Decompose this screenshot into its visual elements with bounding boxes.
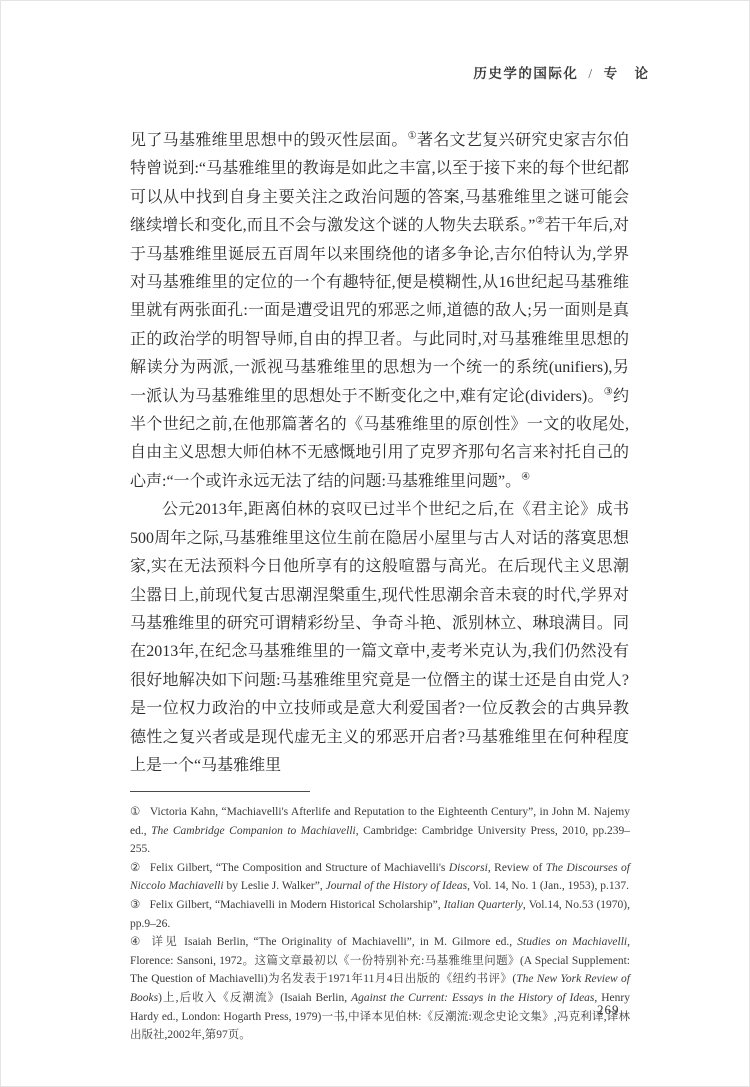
footnote-ref: ④	[521, 472, 530, 483]
footnote-text: )上,后收入《反潮流》(Isaiah Berlin,	[158, 992, 351, 1004]
footnotes-block: ①Victoria Kahn, “Machiavelli's Afterlife…	[130, 791, 630, 1045]
footnote-text: Journal of the History of Ideas	[326, 880, 468, 892]
footnote-text: by Leslie J. Walker”,	[224, 880, 326, 892]
footnote-text: Felix Gilbert, “The Composition and Stru…	[150, 862, 449, 874]
footnote-item: ①Victoria Kahn, “Machiavelli's Afterlife…	[130, 803, 630, 859]
text-run: 若干年后,对于马基雅维里诞辰五百周年以来围绕他的诸多争论,吉尔伯特认为,学界对马…	[130, 217, 629, 404]
footnote-ref: ③	[604, 386, 613, 397]
header-separator: /	[588, 66, 593, 81]
header-section: 专 论	[604, 66, 655, 81]
page-header: 历史学的国际化/专 论	[473, 62, 655, 82]
footnotes-divider	[130, 791, 310, 792]
footnote-text: Italian Quarterly	[444, 899, 523, 911]
footnote-text: The Cambridge Companion to Machiavelli	[151, 825, 356, 837]
page-number: 269	[597, 1002, 620, 1018]
body-paragraph: 见了马基雅维里思想中的毁灭性层面。①著名文艺复兴研究史家吉尔伯特曾说到:“马基雅…	[130, 127, 629, 496]
footnote-text: Against the Current: Essays in the Histo…	[351, 992, 594, 1004]
body-paragraph: 公元2013年,距离伯林的哀叹已过半个世纪之后,在《君主论》成书500周年之际,…	[130, 496, 629, 780]
text-run: 公元2013年,距离伯林的哀叹已过半个世纪之后,在《君主论》成书500周年之际,…	[130, 501, 629, 774]
footnote-text: Felix Gilbert, “Machiavelli in Modern Hi…	[150, 899, 444, 911]
footnote-list: ①Victoria Kahn, “Machiavelli's Afterlife…	[130, 803, 630, 1045]
footnote-marker: ④	[130, 936, 143, 948]
text-run: 见了马基雅维里思想中的毁灭性层面。	[130, 132, 408, 149]
footnote-item: ④详见 Isaiah Berlin, “The Originality of M…	[130, 933, 630, 1045]
footnote-item: ②Felix Gilbert, “The Composition and Str…	[130, 859, 630, 896]
body-text: 见了马基雅维里思想中的毁灭性层面。①著名文艺复兴研究史家吉尔伯特曾说到:“马基雅…	[130, 127, 629, 780]
footnote-text: Discorsi	[449, 862, 488, 874]
footnote-text: 详见 Isaiah Berlin, “The Originality of Ma…	[152, 936, 518, 948]
footnote-text: , Vol. 14, No. 1 (Jan., 1953), p.137.	[467, 880, 629, 892]
footnote-marker: ③	[130, 899, 141, 911]
footnote-item: ③Felix Gilbert, “Machiavelli in Modern H…	[130, 896, 630, 933]
footnote-marker: ②	[130, 862, 141, 874]
header-title: 历史学的国际化	[473, 66, 578, 81]
document-page: 历史学的国际化/专 论 见了马基雅维里思想中的毁灭性层面。①著名文艺复兴研究史家…	[0, 0, 750, 1087]
footnote-ref: ②	[535, 216, 544, 227]
footnote-text: Studies on Machiavelli	[517, 936, 627, 948]
footnote-ref: ①	[408, 131, 417, 142]
footnote-marker: ①	[130, 806, 141, 818]
footnote-text: , Review of	[488, 862, 546, 874]
